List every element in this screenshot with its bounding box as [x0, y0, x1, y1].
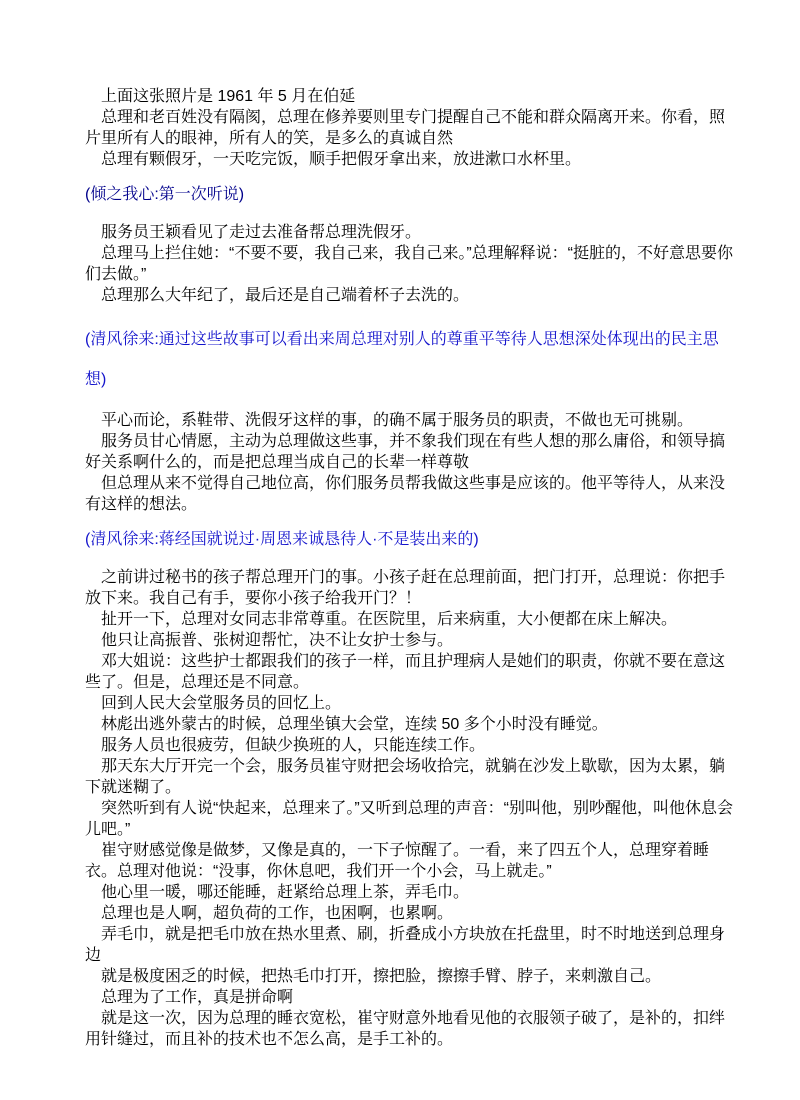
section-heading: (倾之我心:第一次听说)	[85, 184, 733, 205]
paragraph: 总理也是人啊，超负荷的工作，也困啊，也累啊。	[85, 903, 733, 924]
paragraph: 总理有颗假牙，一天吃完饭，顺手把假牙拿出来，放进漱口水杯里。	[85, 149, 733, 170]
paragraph: 邓大姐说：这些护士都跟我们的孩子一样，而且护理病人是她们的职责，你就不要在意这些…	[85, 651, 733, 693]
paragraph: 但总理从来不觉得自己地位高，你们服务员帮我做这些事是应该的。他平等待人，从来没有…	[85, 473, 733, 515]
paragraph: 总理为了工作，真是拼命啊	[85, 987, 733, 1008]
paragraph: 突然听到有人说“快起来，总理来了。”又听到总理的声音：“别叫他，别吵醒他，叫他休…	[85, 798, 733, 840]
paragraph: 他只让高振普、张树迎帮忙，决不让女护士参与。	[85, 630, 733, 651]
paragraph: 上面这张照片是 1961 年 5 月在伯延	[85, 86, 733, 107]
paragraph: 之前讲过秘书的孩子帮总理开门的事。小孩子赶在总理前面，把门打开，总理说：你把手放…	[85, 567, 733, 609]
paragraph: 他心里一暖，哪还能睡，赶紧给总理上茶，弄毛巾。	[85, 882, 733, 903]
paragraph: 服务员王颖看见了走过去准备帮总理洗假牙。	[85, 222, 733, 243]
paragraph: 扯开一下，总理对女同志非常尊重。在医院里，后来病重，大小便都在床上解决。	[85, 609, 733, 630]
paragraph: 就是这一次，因为总理的睡衣宽松，崔守财意外地看见他的衣服领子破了，是补的，扣绊用…	[85, 1008, 733, 1050]
paragraph: 平心而论，系鞋带、洗假牙这样的事，的确不属于服务员的职责，不做也无可挑剔。	[85, 410, 733, 431]
paragraph: 总理那么大年纪了，最后还是自己端着杯子去洗的。	[85, 285, 733, 306]
section-heading: (清风徐来:蒋经国就说过·周恩来诚恳待人·不是装出来的)	[85, 529, 733, 550]
paragraph: 总理马上拦住她：“不要不要，我自己来，我自己来。”总理解释说：“挺脏的，不好意思…	[85, 243, 733, 285]
paragraph: 回到人民大会堂服务员的回忆上。	[85, 693, 733, 714]
paragraph: 林彪出逃外蒙古的时候，总理坐镇大会堂，连续 50 多个小时没有睡觉。	[85, 714, 733, 735]
document-body: 上面这张照片是 1961 年 5 月在伯延总理和老百姓没有隔阂，总理在修养要则里…	[85, 86, 733, 1050]
section-heading: (清风徐来:通过这些故事可以看出来周总理对别人的尊重平等待人思想深处体现出的民主…	[85, 320, 733, 400]
paragraph: 崔守财感觉像是做梦，又像是真的，一下子惊醒了。一看，来了四五个人，总理穿着睡衣。…	[85, 840, 733, 882]
paragraph: 服务员甘心情愿，主动为总理做这些事，并不象我们现在有些人想的那么庸俗，和领导搞好…	[85, 431, 733, 473]
paragraph: 服务人员也很疲劳，但缺少换班的人，只能连续工作。	[85, 735, 733, 756]
paragraph: 那天东大厅开完一个会，服务员崔守财把会场收拾完，就躺在沙发上歇歇，因为太累，躺下…	[85, 756, 733, 798]
paragraph: 就是极度困乏的时候，把热毛巾打开，擦把脸，擦擦手臂、脖子，来刺激自己。	[85, 966, 733, 987]
paragraph: 弄毛巾，就是把毛巾放在热水里煮、刷，折叠成小方块放在托盘里，时不时地送到总理身边	[85, 924, 733, 966]
paragraph: 总理和老百姓没有隔阂，总理在修养要则里专门提醒自己不能和群众隔离开来。你看，照片…	[85, 107, 733, 149]
